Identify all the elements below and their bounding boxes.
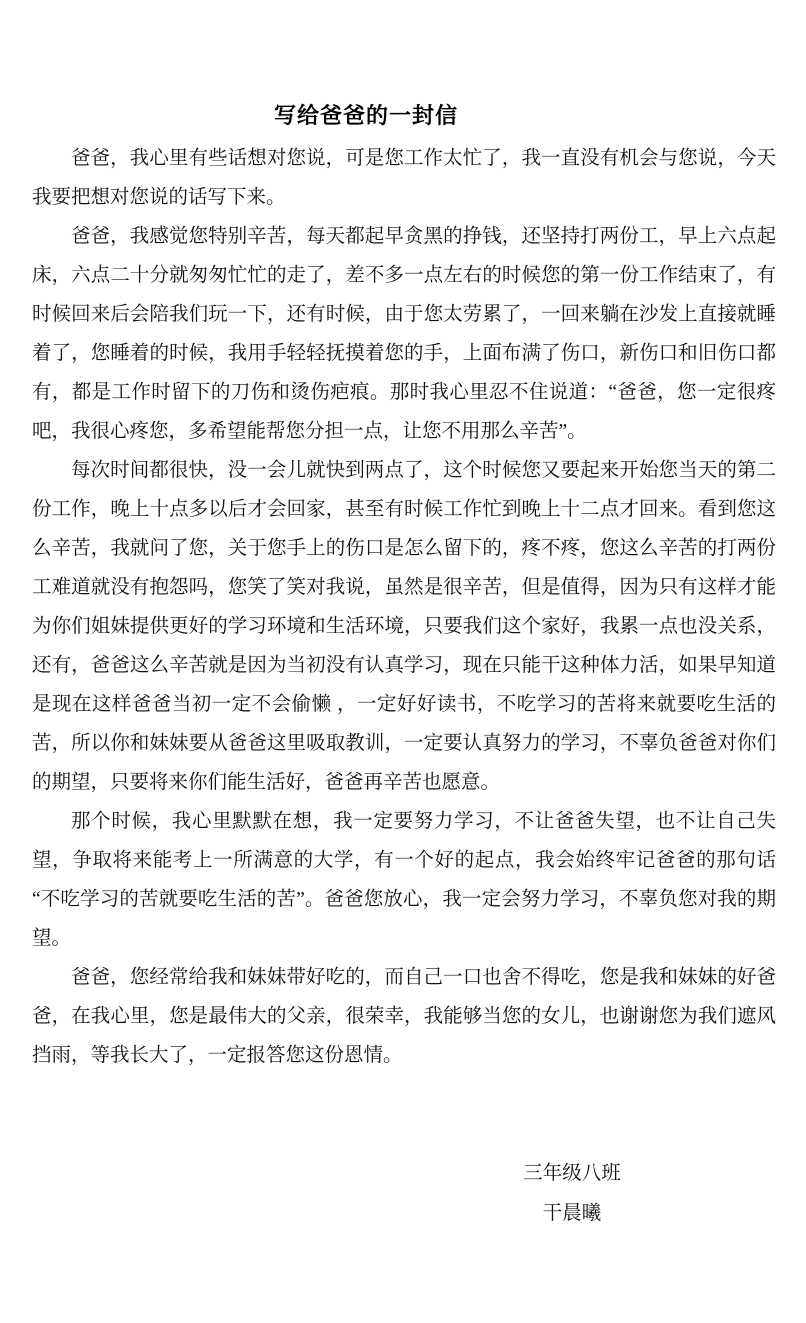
document-content: 写给爸爸的一封信 爸爸，我心里有些话想对您说，可是您工作太忙了，我一直没有机会与…: [32, 96, 776, 1234]
document-page: 写给爸爸的一封信 爸爸，我心里有些话想对您说，可是您工作太忙了，我一直没有机会与…: [0, 0, 806, 1323]
signature-class: 三年级八班: [368, 1154, 776, 1194]
document-body: 爸爸，我心里有些话想对您说，可是您工作太忙了，我一直没有机会与您说，今天我要把想…: [32, 139, 776, 1075]
paragraph: 爸爸，您经常给我和妹妹带好吃的，而自己一口也舍不得吃，您是我和妹妹的好爸爸，在我…: [32, 958, 776, 1075]
document-title: 写给爸爸的一封信: [32, 96, 700, 135]
paragraph: 爸爸，我感觉您特别辛苦，每天都起早贪黑的挣钱，还坚持打两份工，早上六点起床，六点…: [32, 217, 776, 451]
paragraph: 那个时候，我心里默默在想，我一定要努力学习，不让爸爸失望，也不让自己失望，争取将…: [32, 802, 776, 958]
paragraph: 爸爸，我心里有些话想对您说，可是您工作太忙了，我一直没有机会与您说，今天我要把想…: [32, 139, 776, 217]
paragraph: 每次时间都很快，没一会儿就快到两点了，这个时候您又要起来开始您当天的第二份工作，…: [32, 451, 776, 802]
signature-block: 三年级八班 干晨曦: [368, 1154, 776, 1234]
signature-name: 干晨曦: [368, 1194, 776, 1234]
